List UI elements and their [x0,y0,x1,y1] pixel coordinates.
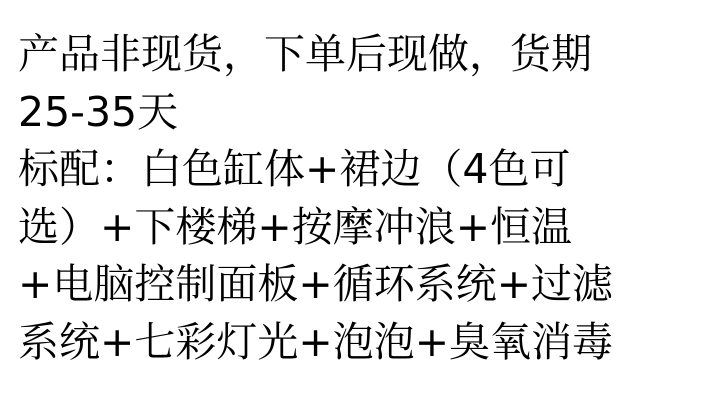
standard-config-line-4: 系统+七彩灯光+泡泡+臭氧消毒 [18,314,718,372]
standard-config-line-2: 选）+下楼梯+按摩冲浪+恒温 [18,199,718,257]
standard-config-line-1: 标配：白色缸体+裙边（4色可 [18,141,718,199]
delivery-notice-line-1: 产品非现货，下单后现做，货期 [18,26,718,84]
standard-config-line-3: +电脑控制面板+循环系统+过滤 [18,256,718,314]
product-description: 产品非现货，下单后现做，货期 25-35天 标配：白色缸体+裙边（4色可 选）+… [18,26,718,371]
delivery-notice-line-2: 25-35天 [18,84,718,142]
